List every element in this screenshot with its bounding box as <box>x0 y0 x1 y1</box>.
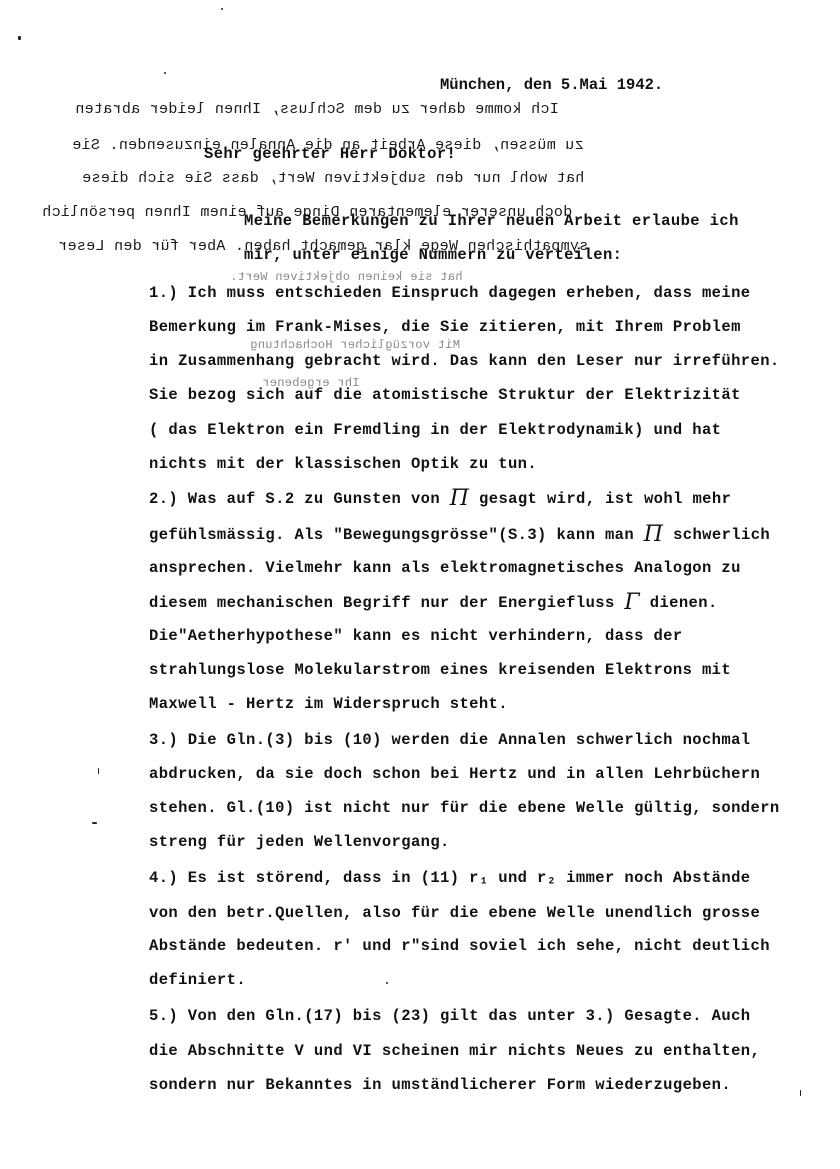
paragraph-4-line: definiert. <box>149 971 246 989</box>
paragraph-2-line: ansprechen. Vielmehr kann als elektromag… <box>149 559 741 577</box>
bleed-through-line: Ich komme daher zu dem Schluss, Ihnen le… <box>75 101 559 119</box>
paragraph-1-line: ( das Elektron ein Fremdling in der Elek… <box>149 421 721 439</box>
bleed-through-line: hat wohl nur den subjektiven Wert, dass … <box>82 170 584 188</box>
paragraph-3-line: streng für jeden Wellenvorgang. <box>149 833 450 851</box>
paragraph-1-line: Bemerkung im Frank-Mises, die Sie zitier… <box>149 318 741 336</box>
salutation: Sehr geehrter Herr Doktor! <box>204 145 456 163</box>
handwritten-gamma-symbol: Γ <box>624 594 640 612</box>
paragraph-1-line: Sie bezog sich auf die atomistische Stru… <box>149 386 741 404</box>
text-segment: schwerlich <box>663 526 770 544</box>
intro-line: Meine Bemerkungen zu Ihrer neuen Arbeit … <box>244 212 739 230</box>
paragraph-3-line: 3.) Die Gln.(3) bis (10) werden die Anna… <box>149 731 751 749</box>
paragraph-3-line: stehen. Gl.(10) ist nicht nur für die eb… <box>149 799 780 817</box>
handwritten-pi-symbol: Π <box>644 526 664 544</box>
handwritten-pi-symbol: Π <box>450 490 470 508</box>
scan-speck <box>92 822 97 824</box>
paragraph-5-line: sondern nur Bekanntes in umständlicherer… <box>149 1076 731 1094</box>
scan-speck <box>221 8 223 10</box>
paragraph-2-line: diesem mechanischen Begriff nur der Ener… <box>149 592 718 612</box>
scan-speck <box>386 982 388 984</box>
paragraph-2-line: strahlungslose Molekularstrom eines krei… <box>149 661 731 679</box>
text-segment: gesagt wird, ist wohl mehr <box>469 490 731 508</box>
paragraph-4-line: von den betr.Quellen, also für die ebene… <box>149 904 760 922</box>
paragraph-4-line: 4.) Es ist störend, dass in (11) r₁ und … <box>149 869 751 887</box>
text-segment: 2.) Was auf S.2 zu Gunsten von <box>149 490 450 508</box>
paragraph-5-line: 5.) Von den Gln.(17) bis (23) gilt das u… <box>149 1007 751 1025</box>
paragraph-2-line: 2.) Was auf S.2 zu Gunsten von Π gesagt … <box>149 488 731 508</box>
intro-line: mir, unter einige Nummern zu verteilen: <box>244 246 622 264</box>
paragraph-2-line: Maxwell - Hertz im Widerspruch steht. <box>149 695 508 713</box>
scan-speck <box>18 36 21 40</box>
paragraph-2-line: gefühlsmässig. Als "Bewegungsgrösse"(S.3… <box>149 524 770 544</box>
paragraph-1-line: in Zusammenhang gebracht wird. Das kann … <box>149 352 780 370</box>
scanned-letter-page: München, den 5.Mai 1942. Ich komme daher… <box>0 0 840 1169</box>
paragraph-1-line: nichts mit der klassischen Optik zu tun. <box>149 455 537 473</box>
scan-speck <box>164 72 166 74</box>
paragraph-5-line: die Abschnitte V und VI scheinen mir nic… <box>149 1042 760 1060</box>
letter-dateline: München, den 5.Mai 1942. <box>440 76 663 94</box>
paragraph-1-line: 1.) Ich muss entschieden Einspruch dageg… <box>149 284 751 302</box>
scan-speck <box>98 768 99 774</box>
paragraph-2-line: Die"Aetherhypothese" kann es nicht verhi… <box>149 627 683 645</box>
paragraph-3-line: abdrucken, da sie doch schon bei Hertz u… <box>149 765 760 783</box>
text-segment: dienen. <box>640 594 718 612</box>
scan-speck <box>800 1090 801 1096</box>
text-segment: gefühlsmässig. Als "Bewegungsgrösse"(S.3… <box>149 526 644 544</box>
paragraph-4-line: Abstände bedeuten. r' und r"sind soviel … <box>149 937 770 955</box>
text-segment: diesem mechanischen Begriff nur der Ener… <box>149 594 624 612</box>
